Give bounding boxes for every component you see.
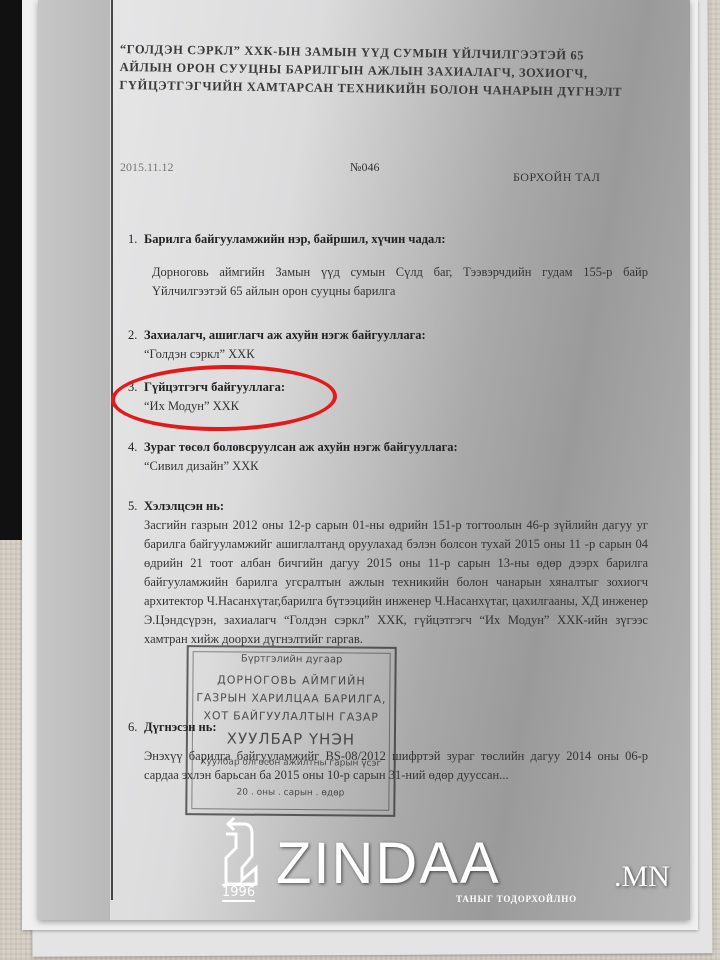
margin-line <box>111 0 113 900</box>
stamp-line: 20 . оны . сарын . өдөр <box>187 787 393 799</box>
document-place: БОРХОЙН ТАЛ <box>513 170 600 185</box>
section-heading: 1.Барилга байгууламжийн нэр, байршил, хү… <box>128 230 648 249</box>
logo-tagline: ТАНЫГ ТОДОРХОЙЛНО <box>456 894 577 904</box>
stamp-line: ДОРНОГОВЬ АЙМГИЙН <box>188 673 394 688</box>
stamp-line: Хуулбар олгосон ажилтны гарын үсэг <box>188 757 394 769</box>
certified-copy-stamp: Бүртгэлийн дугаар ДОРНОГОВЬ АЙМГИЙН ГАЗР… <box>185 645 396 817</box>
document-title: “ГОЛДЭН СЭРКЛ” ХХК-ЫН ЗАМЫН ҮҮД СУМЫН ҮЙ… <box>119 40 640 101</box>
section-heading: 4.Зураг төсөл боловсруулсан аж ахуйн нэг… <box>128 438 648 457</box>
stamp-line: Бүртгэлийн дугаар <box>189 653 395 666</box>
stamp-title: ХУУЛБАР ҮНЭН <box>188 729 394 749</box>
section-5: 5.Хэлэлцсэн нь: Засгийн газрын 2012 оны … <box>128 497 648 649</box>
document-number: №046 <box>350 160 379 175</box>
section-2: 2.Захиалагч, ашиглагч аж ахуйн нэгж байг… <box>128 326 648 364</box>
section-1: 1.Барилга байгууламжийн нэр, байршил, хү… <box>128 230 648 301</box>
logo-brand: ZINDAA <box>276 834 501 894</box>
logo-tld: .MN <box>614 860 670 894</box>
section-body: Засгийн газрын 2012 оны 12-р сарын 01-ны… <box>128 516 648 649</box>
section-body: Дорноговь аймгийн Замын үүд сумын Сүлд б… <box>128 263 648 301</box>
section-heading: 5.Хэлэлцсэн нь: <box>128 497 648 516</box>
section-body: “Голдэн сэркл” ХХК <box>128 345 648 364</box>
stamp-line: ГАЗРЫН ХАРИЛЦАА БАРИЛГА, <box>188 691 394 706</box>
section-heading: 2.Захиалагч, ашиглагч аж ахуйн нэгж байг… <box>128 326 648 345</box>
section-4: 4.Зураг төсөл боловсруулсан аж ахуйн нэг… <box>128 438 648 476</box>
logo-year: 1996 <box>222 884 255 902</box>
page-gutter-shadow <box>38 0 110 920</box>
stamp-line: ХОТ БАЙГУУЛАЛТЫН ГАЗАР <box>188 709 394 724</box>
document-date: 2015.11.12 <box>120 160 174 175</box>
section-body: “Сивил дизайн” ХХК <box>128 457 648 476</box>
zindaa-watermark: 1996 ZINDAA .MN ТАНЫГ ТОДОРХОЙЛНО <box>214 812 688 904</box>
